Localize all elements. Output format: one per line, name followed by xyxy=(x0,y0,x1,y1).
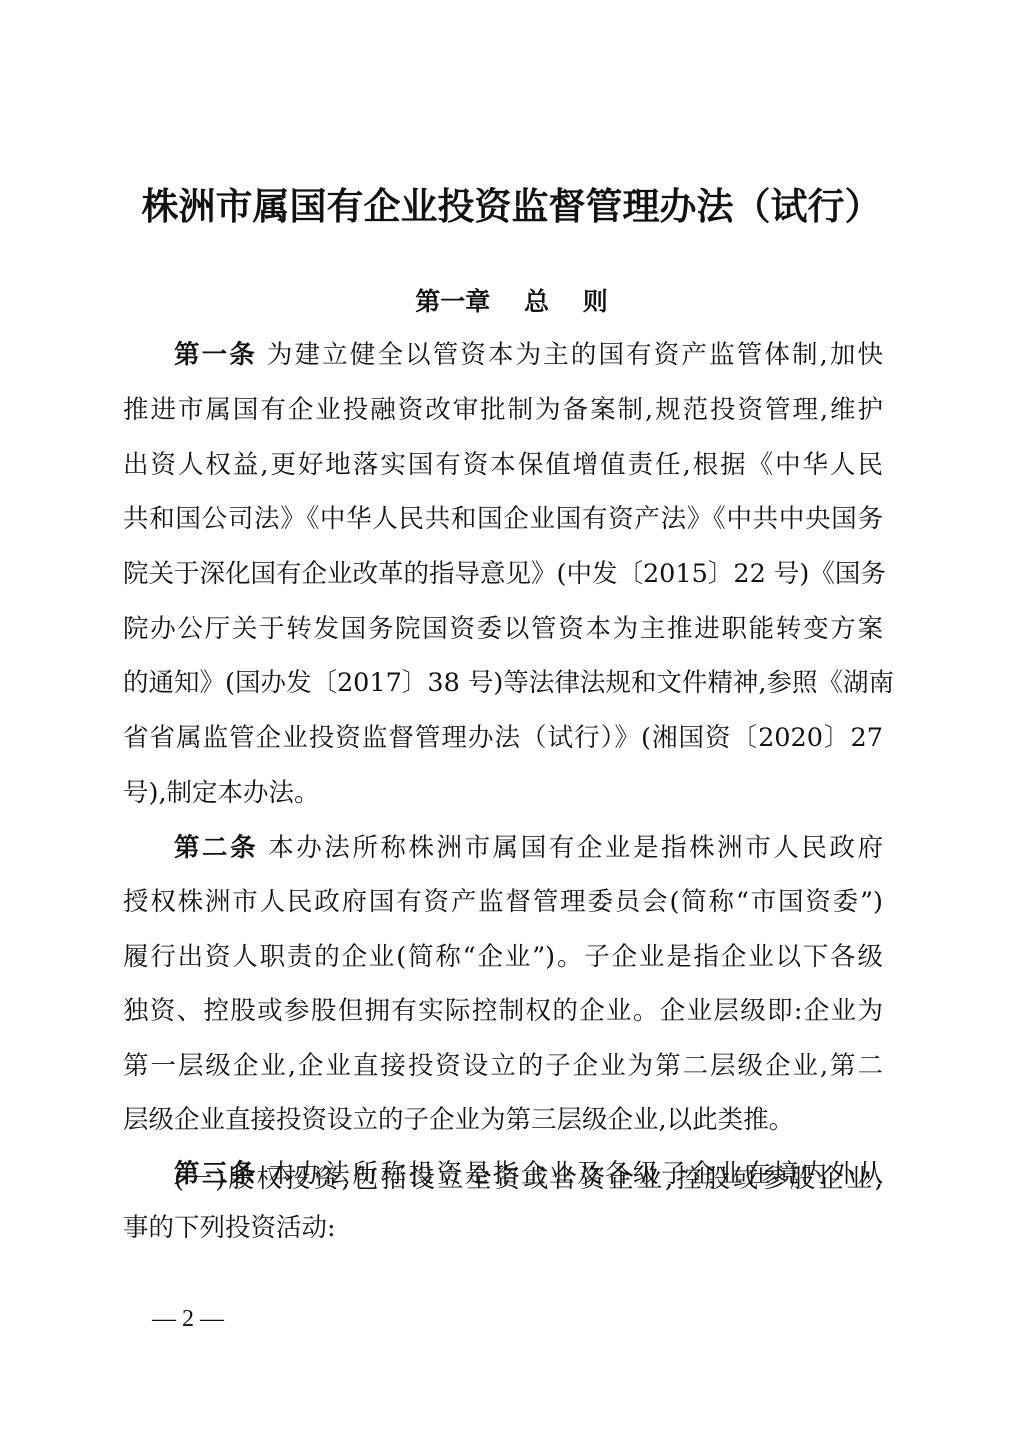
article-2-line-2: 授权株洲市人民政府国有资产监督管理委员会(简称“市国资委”) xyxy=(123,887,883,917)
document-title: 株洲市属国有企业投资监督管理办法（试行） xyxy=(0,176,1023,230)
article-2-line-4: 独资、控股或参股但拥有实际控制权的企业。企业层级即:企业为 xyxy=(123,996,883,1026)
article-2-line-3: 履行出资人职责的企业(简称“企业”)。子企业是指企业以下各级 xyxy=(123,942,883,972)
article-1-line-6: 院办公厅关于转发国务院国资委以管资本为主推进职能转变方案 xyxy=(123,614,883,644)
article-1-line-2: 推进市属国有企业投融资改审批制为备案制,规范投资管理,维护 xyxy=(123,395,883,425)
article-1-line-8: 省省属监管企业投资监督管理办法（试行）》(湘国资〔2020〕27 xyxy=(123,723,883,753)
article-label: 第二条 xyxy=(174,833,258,863)
article-2-line-6: 层级企业直接投资设立的子企业为第三层级企业,以此类推。 xyxy=(123,1105,883,1135)
article-2-line-1: 第二条本办法所称株洲市属国有企业是指株洲市人民政府 xyxy=(174,833,883,863)
article-1-line-4: 共和国公司法》《中华人民共和国企业国有资产法》《中共中央国务 xyxy=(123,504,883,534)
article-1-line-7: 的通知》(国办发〔2017〕38 号)等法律法规和文件精神,参照《湖南 xyxy=(123,668,883,698)
article-1-line-3: 出资人权益,更好地落实国有资本保值增值责任,根据《中华人民 xyxy=(123,450,883,480)
article-label: 第一条 xyxy=(174,340,257,370)
article-1-line-9: 号),制定本办法。 xyxy=(123,778,883,808)
chapter-heading: 第一章 总 则 xyxy=(0,282,1023,318)
article-3-line-2: 事的下列投资活动: xyxy=(123,1213,883,1243)
clause-1-line-1: (一)股权投资,包括设立全资或合资企业,控股或参股企业, xyxy=(174,1164,883,1194)
article-2-line-5: 第一层级企业,企业直接投资设立的子企业为第二层级企业,第二 xyxy=(123,1051,883,1081)
page-number: — 2 — xyxy=(152,1306,224,1333)
article-1-line-1: 第一条为建立健全以管资本为主的国有资产监管体制,加快 xyxy=(174,340,883,370)
article-1-line-5: 院关于深化国有企业改革的指导意见》(中发〔2015〕22 号)《国务 xyxy=(123,559,883,589)
